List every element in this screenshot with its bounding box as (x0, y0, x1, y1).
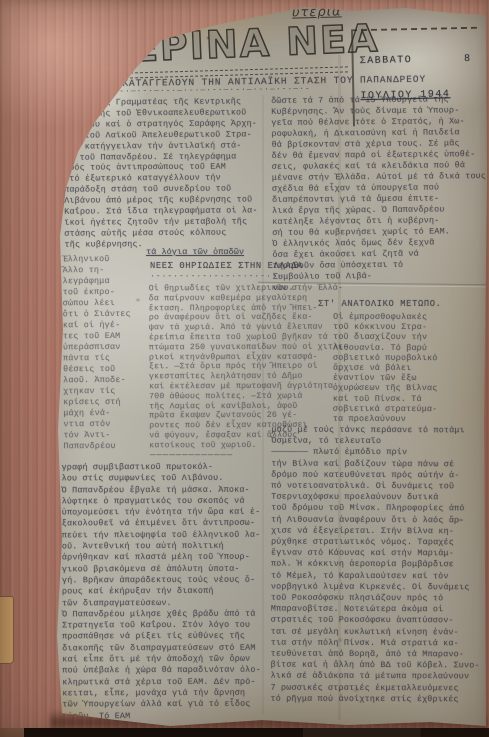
column-right-top: δῶστε τά 7 ἀπό τά 15 Ὑπουργεῖα τῆςΚυβέρν… (271, 94, 486, 294)
text-line: λου στίς συμφωνίες τοῦ Λιβάνου. (62, 473, 272, 485)
text-line: τοῦ κατήγγειλαν τήν ἀντιλαϊκή στά- (64, 140, 270, 152)
text-line: πεύει τήν πλειοψηφία τοῦ ἑλληνικοῦ λα- (62, 529, 272, 541)
text-line: ὑπεράσπισαν (63, 342, 149, 353)
text-line: ξακολουθεῖ νά ἐπιμένει ὅτι ἀντιπροσω- (62, 518, 272, 530)
column-right-mid: Οἱ ἐμπροσθοφυλακέςτοῦ κόκκινου Στρα-τοῦ … (333, 312, 485, 425)
text-line: ντια στόν (63, 419, 149, 430)
text-line: πολ. Ἡ κόκκινη ἀεροπορία βομβάρδισε (271, 559, 485, 571)
table-edge-band (0, 728, 489, 737)
photo-of-old-newspaper: υτερια ΜΕΡΙΝΑ ΝΕΑ ΣΑΒΒΑΤΟ 8 ΙΟΥΛΙΟΥ 1944… (0, 0, 489, 737)
text-line: γή. Βρῆκαν ἀπαράδεκτους τούς νέους ὅ- (62, 575, 272, 587)
date-day-name: ΣΑΒΒΑΤΟ (360, 55, 413, 67)
text-line: 700 ἀθώους πολίτες. —Στά χωριά (149, 391, 333, 401)
text-line: Ἄλλο τη- (63, 265, 149, 276)
text-line: μάχη ἐνά- (63, 408, 149, 419)
subhead-small: τά λόγια τῶν ὁπαδῶν (146, 247, 244, 257)
text-line: πάντα τίς (63, 353, 149, 364)
text-line: τό Μέμελ, τό Καραλιαούτσεν καί τόν (271, 570, 485, 582)
column-left-bottom: γραφή συμβιβαστικοῦ πρωτοκόλ-λου στίς συ… (62, 462, 273, 723)
text-line: ἐρείπια ἔπειτα τοῦ χωριοῦ βγῆκαν τά (149, 333, 333, 343)
left-column-separator: ————————————— (150, 450, 233, 460)
text-line: τό ρῆγμα πού ἀνοίχτηκε στίς ἐχθρικές (271, 694, 485, 706)
text-line: σοβιετικό πυροβολικό (333, 353, 485, 364)
text-line: στρατιές τοῦ Ροκοσόφσκυ ἀναπτύσσον- (271, 615, 485, 627)
eastern-front-heading: ΣΤ' ΑΝΑΤΟΛΙΚΟ ΜΕΤΩΠΟ. (318, 299, 441, 309)
text-line: τήν Βίλνα καί βαδίζουν τώρα πάνω σέ (271, 458, 485, 470)
text-line: ὀχυρώσεων τῆς Βίλνας (333, 383, 485, 394)
text-line: πτώματα 250 γυναικοπαίδων πού οἱ χιτλε- (149, 342, 333, 352)
text-line: γικοῦ βρισκόμενα σέ ἀπόλυτη ὑποτα- (62, 563, 272, 575)
text-line: δα παίρνουν καθεμέρα μεγαλύτερη (149, 293, 333, 303)
torn-paper-scrap (0, 596, 14, 664)
text-line: τα προελαύνουν (333, 414, 485, 425)
text-line: λικά σέ ἀδιάκοπα τά μέτωπα προελαύνουν (271, 671, 485, 683)
text-line: Ὁ Παπανδρέου ἔβγαλε τή μάσκα. Ἀποκα- (62, 484, 272, 496)
text-line: κρίσεις στή (63, 397, 149, 408)
text-line: Ἑλληνικοῦ (62, 254, 148, 265)
text-line: τοῦ διασχίζουν τήν (333, 332, 485, 343)
column-right-bottom: μαζύ μέ τούς τάνκς περάσανε τό ποτάμιὈσμ… (271, 425, 486, 706)
text-line: ξει. —Στά ὅρια πρός τήν Ἤπειρο οἱ (149, 362, 333, 372)
text-line: τῶν Ὑπουργείων ἀλλά καί γιά τό εἶδος (62, 699, 272, 711)
text-line: κληρωτικά στά χέρια τοῦ ΕΑΜ. Δέν πρό- (62, 676, 272, 688)
atrocities-rule: ·-·-·-·-·-·-·-·-·-·-·-· (150, 272, 283, 281)
text-line: γραφή συμβιβαστικοῦ πρωτοκόλ- (62, 462, 272, 474)
text-line: νου. (273, 281, 486, 294)
text-line: προσπάθησε νά ρίξει τίς εὐθύνες τῆς (62, 631, 272, 643)
text-line: Παπανδρέου (63, 441, 149, 452)
column-left-strip: ἙλληνικοῦἌλλο τη-λεγράφηματοῦ ἐκπρο-σώπο… (62, 254, 149, 452)
headline-rule: -·—·-·—·-·—·-·—·-·—·-·—·-·—·-·—·-·—·- (96, 85, 311, 97)
text-line: γκεσταπίτες λεηλάτησαν τό Δῆμο (149, 372, 333, 382)
text-line: Ὁ Παπανδρέου μίλησε χθές βράδυ ἀπό τά (62, 608, 272, 620)
text-line: τοῦ ἐκπρο- (63, 287, 149, 298)
text-line: ἀρνήθηκαν καί πλαστά μέλη τοῦ Ὑπουρ- (62, 552, 272, 564)
text-line: λαοῦ. Ἀποδε- (63, 375, 149, 386)
text-line: τια στήν πόλη Πίνσκ. Μιά στρατιά κα- (271, 637, 485, 649)
text-line: λεγράφημα (63, 276, 149, 287)
text-line: σώπου λέει (63, 298, 149, 309)
text-line: ϊκοί ἡγέτες ζητοῦν τήν μεταβολή τῆς (64, 216, 270, 228)
date-day-number: 8 (464, 54, 472, 65)
text-line: θέσεις τοῦ (63, 364, 149, 375)
text-line: ὅτι ὁ Σιάντες (63, 309, 149, 320)
text-line: ρους καί ἐκήρυξαν τήν διακοπή (62, 586, 272, 598)
text-line: τή Λιθουανία ἀναφέρουν ὅτι ὁ λαός ἄρ- (271, 514, 485, 526)
text-line: δρόμο πού κατευθύνεται πρός αὐτήν ἀ- (271, 469, 485, 481)
text-line: καί οἱ ἡγέ- (63, 320, 149, 331)
text-line: τοῦ δρόμου τοῦ Μίνσκ. Πληροφορίες ἀπό (271, 503, 485, 515)
text-line: ται σέ μεγάλη κυκλωτική κίνηση ἐνάν- (271, 626, 485, 638)
text-line: χτηκαν τίς (63, 386, 149, 397)
text-line: πού ὑπέβαλε ἡ χώρα θά παραδινόταν ὁλο- (62, 665, 272, 677)
text-line: τες τοῦ ΕΑΜ (63, 331, 149, 342)
text-line: τόν Ἀντι- (63, 430, 149, 441)
text-line: διακοπῆς τῶν διαπραγματεύσεων στό ΕΑΜ (62, 642, 272, 654)
text-line: ψαν τά χωριά. Ἀπό τά γωνιά ἔλειπαν (149, 323, 333, 333)
text-line: σοβιετικά στρατεύμα- (333, 404, 485, 415)
text-line: καί ἐκτέλεσαν μέ πρωτοφανῆ ἀγριότητα (149, 382, 333, 392)
text-line: νορβηγικό λιμένα Κιρκενές. Οἱ δυνάμεις (271, 581, 485, 593)
text-line: τῶν διαπραγματεύσεων. (62, 597, 272, 609)
text-line: χισε νά ἐξεγείρεται. Στήν Βίλνα κη- (271, 525, 485, 537)
text-line: Λιθουανία. Τό βαρύ (333, 342, 485, 353)
text-line: ——————— πλωτό ἐμπόδιο πρίν (271, 447, 485, 459)
text-line: καί τοῦ Πίνσκ. Τά (333, 393, 485, 404)
text-line: 7 ρωσσικές στρατιές ἐκμεταλλευόμενες (271, 682, 485, 694)
